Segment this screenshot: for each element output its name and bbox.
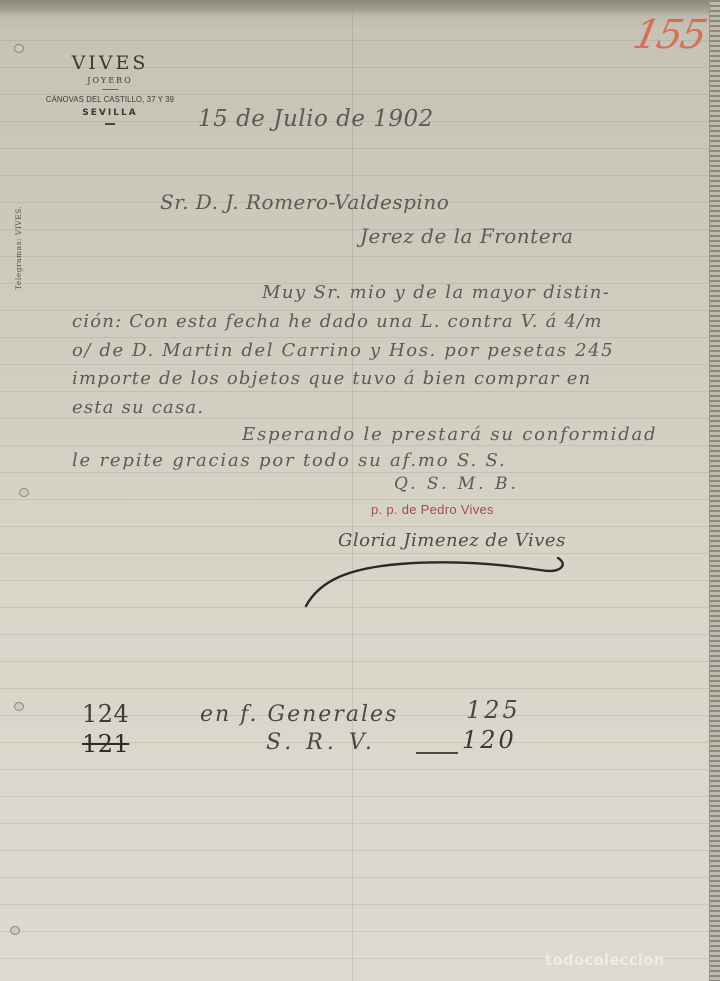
letter-page: VIVES JOYERO CÁNOVAS DEL CASTILLO, 37 Y … — [0, 0, 720, 981]
body-line: esta su casa. — [72, 397, 204, 418]
recipient-name: Sr. D. J. Romero-Valdespino — [160, 190, 449, 214]
tally-number: 121 — [82, 730, 129, 758]
business-city: SEVILLA — [30, 108, 190, 118]
letter-date: 15 de Julio de 1902 — [198, 106, 434, 132]
top-edge-shadow — [0, 0, 720, 16]
note-value: 120 — [462, 726, 517, 754]
watermark: todocoleccion — [545, 951, 665, 969]
business-address: CÁNOVAS DEL CASTILLO, 37 Y 39 — [38, 94, 182, 104]
note-value: 125 — [466, 696, 521, 724]
recipient-city: Jerez de la Frontera — [360, 224, 574, 248]
tally-number: 124 — [82, 700, 129, 728]
note-label: S. R. V. — [266, 730, 376, 755]
paper-fold-line — [352, 0, 353, 981]
note-label: en f. Generales — [200, 702, 398, 727]
folio-number: 155 — [629, 12, 709, 58]
note-dash — [416, 752, 458, 754]
body-line: le repite gracias por todo su af.mo S. S… — [72, 450, 507, 471]
body-line: Esperando le prestará su conformidad — [242, 424, 657, 445]
punch-hole-icon — [14, 44, 24, 53]
body-line: importe de los objetos que tuvo á bien c… — [72, 368, 591, 389]
body-line: Muy Sr. mio y de la mayor distin- — [262, 282, 610, 303]
punch-hole-icon — [19, 488, 29, 497]
business-trade: JOYERO — [30, 76, 190, 85]
signature: Gloria Jimenez de Vives — [338, 530, 566, 551]
closing-abbrev: Q. S. M. B. — [394, 474, 519, 494]
sender-stamp: p. p. de Pedro Vives — [371, 502, 494, 517]
letterhead: VIVES JOYERO CÁNOVAS DEL CASTILLO, 37 Y … — [30, 52, 190, 125]
body-line: o/ de D. Martin del Carrino y Hos. por p… — [72, 340, 614, 361]
letterhead-ornament — [105, 123, 115, 125]
binding-edge — [709, 0, 720, 981]
signature-flourish-icon — [300, 550, 570, 610]
punch-hole-icon — [10, 926, 20, 935]
body-line: ción: Con esta fecha he dado una L. cont… — [72, 311, 603, 332]
letterhead-divider — [102, 89, 118, 90]
business-name: VIVES — [30, 52, 190, 74]
telegram-address: Telegramas: VIVES. — [14, 206, 23, 290]
punch-hole-icon — [14, 702, 24, 711]
ruled-lines — [0, 0, 710, 981]
